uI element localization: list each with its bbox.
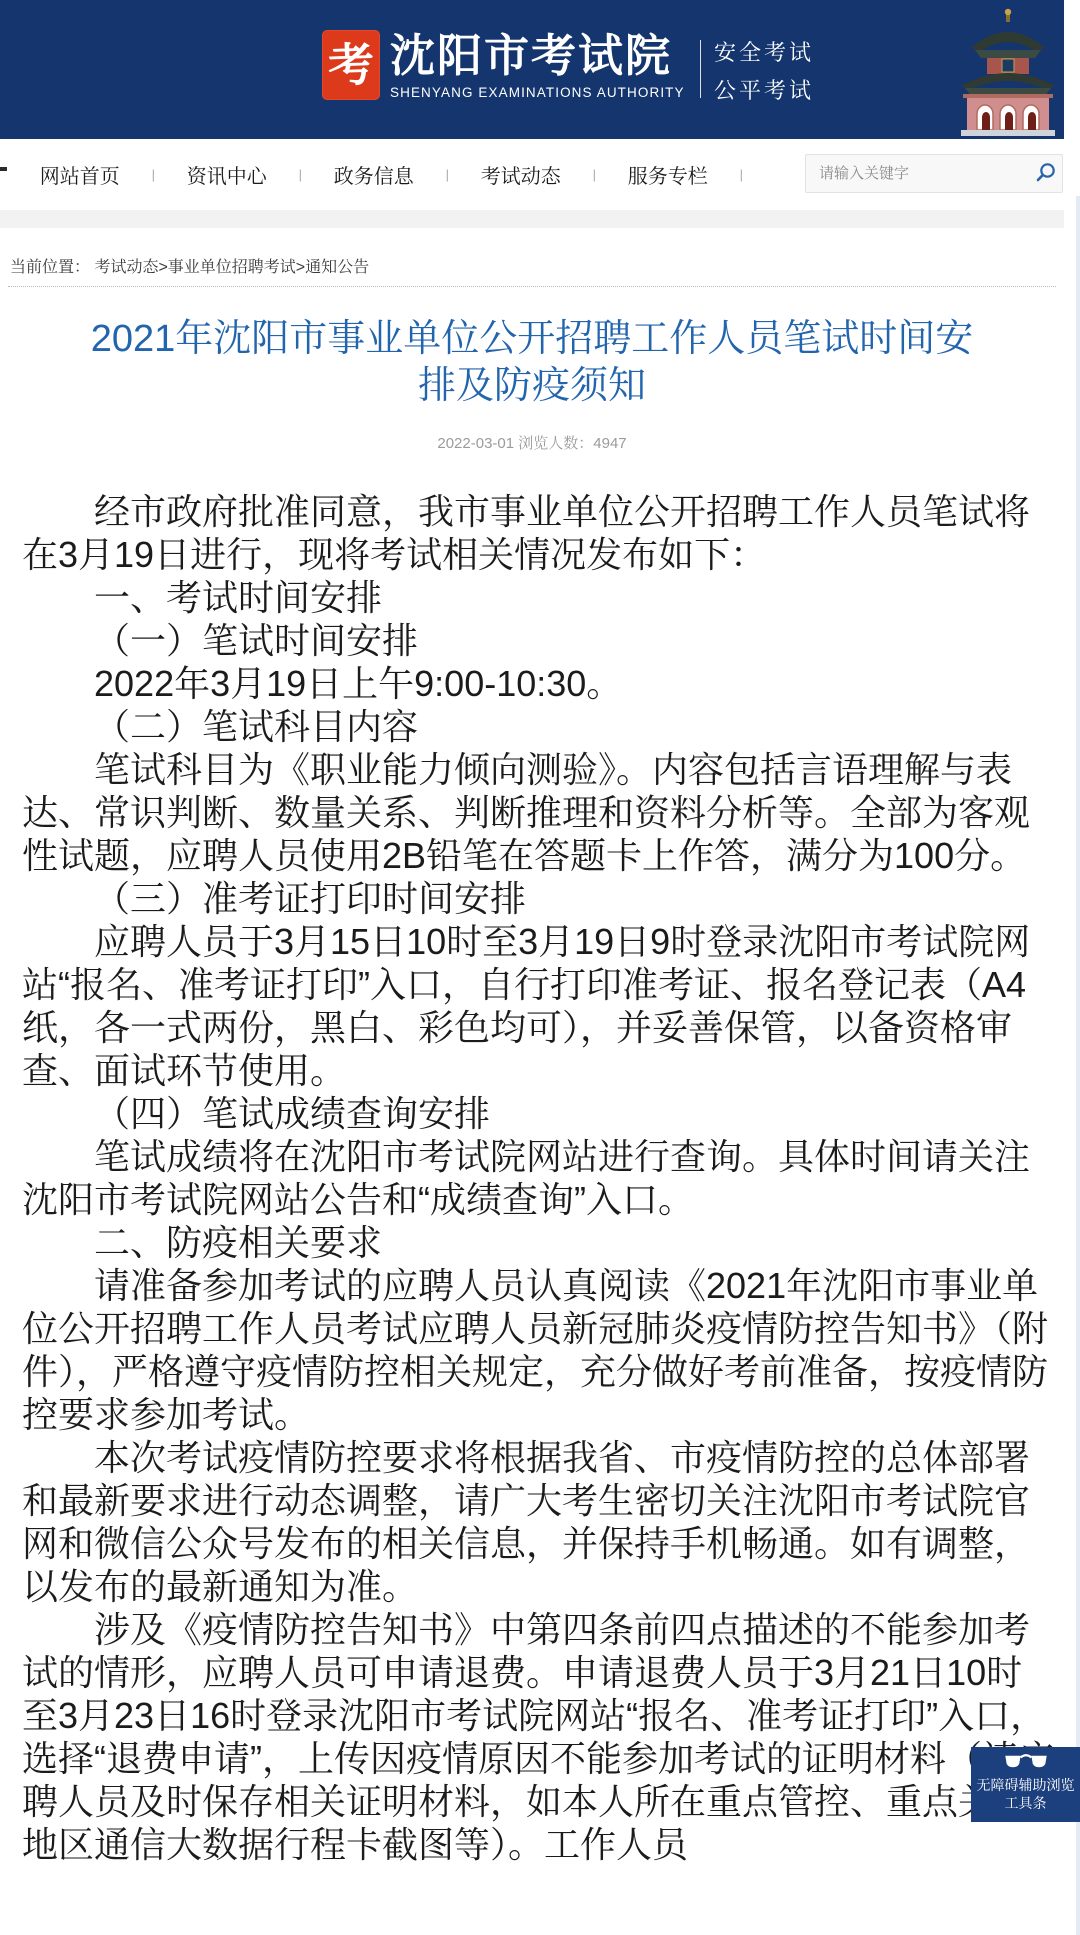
nav-item[interactable]: 考试动态 | — [449, 160, 596, 189]
logo-seal-icon: 考 — [322, 30, 380, 100]
brand-name-cn: 沈阳市考试院 — [390, 30, 685, 82]
search-icon — [1035, 162, 1056, 186]
nav-bottom-band — [0, 210, 1064, 228]
article-paragraph: （二）笔试科目内容 — [22, 705, 1058, 748]
article-paragraph: （四）笔试成绩查询安排 — [22, 1092, 1058, 1135]
nav-separator: | — [740, 167, 743, 182]
brand-text: 沈阳市考试院 SHENYANG EXAMINATIONS AUTHORITY — [390, 30, 685, 100]
nav-link[interactable]: 服务专栏 — [596, 160, 740, 189]
article-paragraph: 经市政府批准同意，我市事业单位公开招聘工作人员笔试将在3月19日进行，现将考试相… — [22, 490, 1058, 576]
page-title: 2021年沈阳市事业单位公开招聘工作人员笔试时间安排及防疫须知 — [72, 316, 992, 410]
article-paragraph: 本次考试疫情防控要求将根据我省、市疫情防控的总体部署和最新要求进行动态调整，请广… — [22, 1436, 1058, 1608]
article-paragraph: （三）准考证打印时间安排 — [22, 877, 1058, 920]
accessibility-toolbar-button[interactable]: 无障碍辅助浏览 工具条 — [971, 1747, 1080, 1822]
brand-divider — [700, 40, 701, 98]
brand-tagline: 安全考试 公平考试 — [714, 34, 814, 110]
article-paragraph: 涉及《疫情防控告知书》中第四条前四点描述的不能参加考试的情形，应聘人员可申请退费… — [22, 1608, 1058, 1866]
nav-link[interactable]: 考试动态 — [449, 160, 593, 189]
accessibility-label-line1: 无障碍辅助浏览 — [971, 1776, 1080, 1794]
site-header: 考 沈阳市考试院 SHENYANG EXAMINATIONS AUTHORITY… — [0, 0, 1064, 139]
nav-item[interactable]: 政务信息 | — [302, 160, 449, 189]
tagline-line1: 安全考试 — [714, 34, 814, 72]
nav-link[interactable]: 资讯中心 — [155, 160, 299, 189]
dotted-divider — [8, 286, 1056, 287]
search-input[interactable] — [806, 165, 1028, 182]
article-body: 经市政府批准同意，我市事业单位公开招聘工作人员笔试将在3月19日进行，现将考试相… — [22, 490, 1058, 1866]
article-title-wrap: 2021年沈阳市事业单位公开招聘工作人员笔试时间安排及防疫须知 — [0, 316, 1064, 410]
article-paragraph: 笔试成绩将在沈阳市考试院网站进行查询。具体时间请关注沈阳市考试院网站公告和“成绩… — [22, 1135, 1058, 1221]
site-logo[interactable]: 考 沈阳市考试院 SHENYANG EXAMINATIONS AUTHORITY — [322, 30, 685, 100]
nav-link[interactable]: 政务信息 — [302, 160, 446, 189]
article-paragraph: 笔试科目为《职业能力倾向测验》。内容包括言语理解与表达、常识判断、数量关系、判断… — [22, 748, 1058, 877]
article-paragraph: 2022年3月19日上午9:00-10:30。 — [22, 662, 1058, 705]
nav-item[interactable]: 资讯中心 | — [155, 160, 302, 189]
nav-link[interactable]: 网站首页 — [8, 160, 152, 189]
breadcrumb[interactable]: 当前位置： 考试动态>事业单位招聘考试>通知公告 — [10, 254, 369, 277]
article-paragraph: 请准备参加考试的应聘人员认真阅读《2021年沈阳市事业单位公开招聘工作人员考试应… — [22, 1264, 1058, 1436]
search-box — [805, 154, 1063, 193]
article-paragraph: 应聘人员于3月15日10时至3月19日9时登录沈阳市考试院网站“报名、准考证打印… — [22, 920, 1058, 1092]
palace-building-image — [953, 8, 1063, 141]
article-paragraph: 一、考试时间安排 — [22, 576, 1058, 619]
scrollbar-track[interactable] — [1076, 196, 1080, 1935]
nav-edge-mark — [0, 167, 7, 171]
article-meta: 2022-03-01 浏览人数：4947 — [0, 432, 1064, 453]
brand-name-en: SHENYANG EXAMINATIONS AUTHORITY — [390, 85, 685, 100]
logo-seal-character: 考 — [327, 41, 375, 89]
article-paragraph: （一）笔试时间安排 — [22, 619, 1058, 662]
accessibility-label-line2: 工具条 — [971, 1794, 1080, 1812]
nav-item[interactable]: 网站首页 | — [8, 160, 155, 189]
nav-items: 网站首页 | 资讯中心 | 政务信息 | 考试动态 | 服务专栏 | — [8, 139, 743, 210]
tagline-line2: 公平考试 — [714, 72, 814, 110]
search-button[interactable] — [1028, 155, 1062, 192]
glasses-icon — [971, 1753, 1080, 1776]
nav-item[interactable]: 服务专栏 | — [596, 160, 743, 189]
article-paragraph: 二、防疫相关要求 — [22, 1221, 1058, 1264]
